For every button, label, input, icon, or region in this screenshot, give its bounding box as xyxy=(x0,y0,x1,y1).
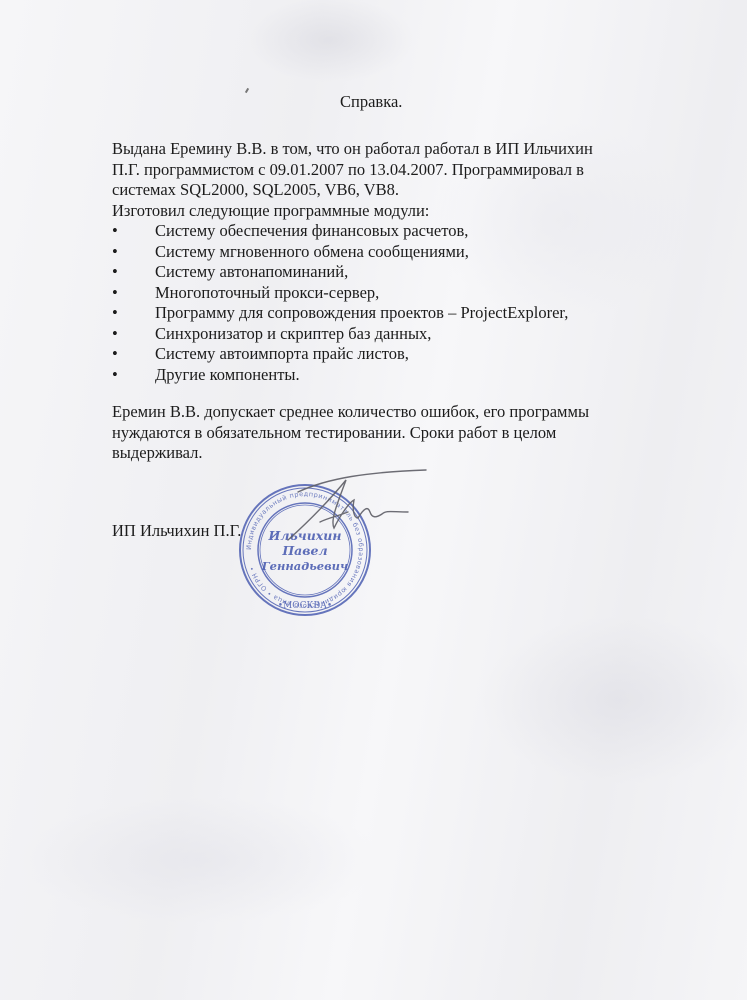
bullet-icon: • xyxy=(112,344,155,365)
bullet-icon: • xyxy=(112,242,155,263)
list-item: •Многопоточный прокси-сервер, xyxy=(112,283,568,304)
list-item-text: Систему мгновенного обмена сообщениями, xyxy=(155,242,469,263)
svg-text:•МОСКВА•: •МОСКВА• xyxy=(278,601,333,611)
intro-line: Изготовил следующие программные модули: xyxy=(112,201,672,222)
list-item: •Систему автоимпорта прайс листов, xyxy=(112,344,568,365)
list-item-text: Синхронизатор и скриптер баз данных, xyxy=(155,324,431,345)
signer-name: ИП Ильчихин П.Г. xyxy=(112,521,241,541)
svg-text:Геннадьевич: Геннадьевич xyxy=(261,559,349,573)
bullet-icon: • xyxy=(112,324,155,345)
modules-list: •Систему обеспечения финансовых расчетов… xyxy=(112,221,568,385)
list-item-text: Другие компоненты. xyxy=(155,365,300,386)
handwritten-signature-icon xyxy=(258,462,438,542)
list-item: •Систему обеспечения финансовых расчетов… xyxy=(112,221,568,242)
assessment-line: выдерживал. xyxy=(112,443,672,464)
assessment-line: Еремин В.В. допускает среднее количество… xyxy=(112,402,672,423)
list-item: •Программу для сопровождения проектов – … xyxy=(112,303,568,324)
intro-paragraph: Выдана Еремину В.В. в том, что он работа… xyxy=(112,139,672,221)
bullet-icon: • xyxy=(112,303,155,324)
assessment-line: нуждаются в обязательном тестировании. С… xyxy=(112,423,672,444)
list-item: •Систему мгновенного обмена сообщениями, xyxy=(112,242,568,263)
bullet-icon: • xyxy=(112,365,155,386)
intro-line: системах SQL2000, SQL2005, VB6, VB8. xyxy=(112,180,672,201)
list-item: •Другие компоненты. xyxy=(112,365,568,386)
assessment-paragraph: Еремин В.В. допускает среднее количество… xyxy=(112,402,672,464)
list-item-text: Программу для сопровождения проектов – P… xyxy=(155,303,568,324)
list-item-text: Многопоточный прокси-сервер, xyxy=(155,283,379,304)
list-item: •Систему автонапоминаний, xyxy=(112,262,568,283)
list-item-text: Систему автоимпорта прайс листов, xyxy=(155,344,409,365)
intro-line: Выдана Еремину В.В. в том, что он работа… xyxy=(112,139,672,160)
bullet-icon: • xyxy=(112,283,155,304)
bullet-icon: • xyxy=(112,262,155,283)
list-item-text: Систему обеспечения финансовых расчетов, xyxy=(155,221,468,242)
svg-text:Павел: Павел xyxy=(281,543,327,558)
intro-line: П.Г. программистом с 09.01.2007 по 13.04… xyxy=(112,160,672,181)
bullet-icon: • xyxy=(112,221,155,242)
list-item: •Синхронизатор и скриптер баз данных, xyxy=(112,324,568,345)
list-item-text: Систему автонапоминаний, xyxy=(155,262,348,283)
document-title: Справка. xyxy=(340,92,402,112)
